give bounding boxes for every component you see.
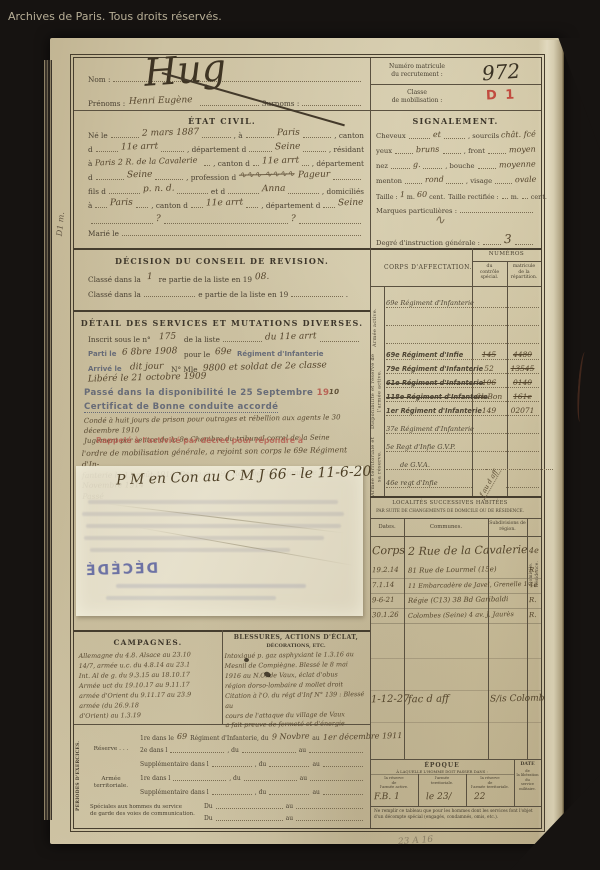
speciales-line1: Du au <box>204 804 366 811</box>
dates-col-label: Dates. <box>370 524 404 531</box>
corps-row: 46e regt d'Infie f au d aff <box>386 472 539 488</box>
corps-num2: 0140 <box>506 378 539 388</box>
corps-row: 1er Régiment d'Infanterie 14902071 <box>386 402 539 416</box>
disponibilite-stamp: Passé dans la disponibilité le 25 Septem… <box>84 388 340 398</box>
localites-date: 7.1.14 <box>372 581 394 589</box>
corps-num2 <box>506 487 539 488</box>
matricule-value: 972 <box>481 59 521 86</box>
classe2-label2: e partie de la liste en 19 <box>198 291 288 299</box>
leader <box>299 221 361 224</box>
leader <box>204 163 210 166</box>
r2-label: 2e dans l <box>140 748 167 755</box>
leader <box>391 166 410 169</box>
leader <box>191 205 203 208</box>
ghost-text-line <box>106 596 276 600</box>
inscrit-num: 175 <box>159 333 176 343</box>
leader <box>296 818 363 821</box>
rect-m-label: m. <box>511 194 519 201</box>
leader <box>405 181 421 184</box>
row-rule <box>370 578 541 579</box>
corps-num1: 106 <box>472 378 506 388</box>
row-rule <box>370 690 541 691</box>
reserve-label: Réserve . . . <box>90 746 132 753</box>
degre-value: 3 <box>504 233 512 246</box>
nom-label: Nom : <box>88 76 110 84</box>
prof-struck-illegible: ​∿∿∿ ∿∿∿∿ <box>239 170 295 181</box>
reserve-line2: 2e dans l , du au <box>140 748 366 755</box>
bouche-value: moyenne <box>499 161 536 171</box>
leader <box>96 149 119 152</box>
etat-civil-line: d Seine , profession d ​∿∿∿ ∿∿∿∿ Pageur <box>88 172 364 182</box>
pm-handwritten-note: P M en Con au C M J 66 - le 11-6-20 <box>116 464 372 489</box>
inscrit-row: Inscrit sous le n° 175 de la liste du 11… <box>88 334 362 344</box>
leader <box>309 750 363 753</box>
localites-commune: 81 Rue de Lourmel (15e) <box>408 565 497 575</box>
communes-col-label: Communes. <box>404 524 488 531</box>
du-label: , du <box>255 762 267 769</box>
a-value: Paris <box>277 129 300 139</box>
leader <box>446 181 462 184</box>
et-label: et d <box>211 188 225 196</box>
arrive-stamp-label: Arrivé le <box>88 366 122 374</box>
localites-mark: 4e <box>529 546 539 555</box>
a2-value: Paris 2 R. de la Cavalerie <box>95 157 198 168</box>
disponibilite-stamp-text: Passé dans la disponibilité le 25 Septem… <box>84 388 317 398</box>
dept3-value: Seine <box>338 199 364 210</box>
parti-row: Parti le 6 8bre 1908 pour le 69e Régimen… <box>88 349 362 359</box>
marie-row: Marié le <box>88 230 364 238</box>
leader <box>212 792 252 795</box>
paper-crease <box>138 527 355 566</box>
periodes-side-label: PÉRIODES D'EXERCICES. <box>76 730 86 822</box>
divider <box>74 248 541 250</box>
leader <box>177 191 208 194</box>
etat-civil-line: à Paris 2 R. de la Cavalerie , canton d … <box>88 158 364 168</box>
subdivisions-col-label: Subdivisions de région. <box>488 521 527 532</box>
leader <box>443 151 461 154</box>
decision-line2: Classé dans la e partie de la liste en 1… <box>88 291 348 299</box>
localites-commune: fac d aff <box>408 694 449 706</box>
corps-num2 <box>520 469 553 470</box>
nez-value: g. <box>413 161 421 170</box>
yeux-label: yeux <box>376 148 392 155</box>
divider <box>74 310 370 312</box>
sourcils-value: chât. fcé <box>501 131 536 141</box>
sourcils-label: , sourcils <box>468 133 499 140</box>
t2-label: Supplémentaire dans l <box>140 790 209 797</box>
leader <box>216 818 283 821</box>
decision-title: DÉCISION DU CONSEIL DE REVISION. <box>74 256 370 266</box>
localites-commune: Colombes (Seine) 4 av. J. Jaurès <box>408 610 514 620</box>
corps-title: CORPS D'AFFECTATION. <box>384 264 472 272</box>
d-label: d <box>88 146 93 154</box>
classe1-label: Classé dans la <box>88 276 141 284</box>
pour-value: 69e <box>215 348 232 358</box>
leader <box>96 177 124 180</box>
document-frame: Nom : Hug Prénoms : Henri Eugène Surnoms… <box>73 57 542 829</box>
rappel-stamp: Rappelé à l'activité par décret pour rép… <box>96 436 303 445</box>
dept-value: Seine <box>275 143 301 154</box>
corps-regiment: 61e Régiment d'Infanterie <box>386 379 472 388</box>
resident-label: , résidant <box>329 146 364 154</box>
etat-civil-line: d 11e arrt , département d Seine , résid… <box>88 144 364 154</box>
divider <box>370 286 541 287</box>
leader <box>269 792 309 795</box>
divider <box>472 261 541 262</box>
epoque-v2: le 23/ <box>426 792 452 802</box>
corps-regiment: 37e Régiment d'Infanterie <box>386 425 472 434</box>
r1-label2: Régiment d'Infanterie <box>190 736 257 743</box>
canton3-label: , canton d <box>151 202 188 210</box>
prenoms-row: Prénoms : Henri Eugène Surnoms : <box>88 98 364 108</box>
ne-label: Né le <box>88 132 108 140</box>
du-label: , du <box>227 748 239 755</box>
corps-regiment: 1er Régiment d'Infanterie <box>386 407 472 416</box>
pencil-note: 23 A 16 <box>398 835 434 847</box>
corps-regiment: 69e Régiment d'Infie <box>386 351 472 360</box>
divider <box>74 110 541 111</box>
services-title: DÉTAIL DES SERVICES ET MUTATIONS DIVERSE… <box>74 318 370 328</box>
m-label: m. <box>407 194 415 201</box>
leader <box>333 177 361 180</box>
leader <box>109 191 140 194</box>
fils-label: fils d <box>88 188 106 196</box>
ink-blot <box>244 658 249 662</box>
a3-label: à <box>88 202 92 210</box>
prof-label: , profession d <box>186 174 236 182</box>
divider <box>370 496 541 498</box>
disponibilite-label: Disponibilité et réserve de l'armée acti… <box>370 348 383 434</box>
etat-civil-line: Né le 2 mars 1887 , à Paris , canton <box>88 130 364 140</box>
etat-civil-line: à Paris , canton d 11e arrt , départemen… <box>88 200 364 210</box>
stamp-year-hw: 10 <box>329 388 340 396</box>
leader <box>136 205 148 208</box>
leader <box>228 191 259 194</box>
corps-row: de G.V.A. <box>386 454 553 470</box>
r1-regt: 69 <box>177 733 187 742</box>
corps-row <box>386 326 539 344</box>
matricule-col-label: matricule de la répartition. <box>507 264 541 281</box>
leader <box>122 233 361 236</box>
et-value: Anna <box>262 185 286 196</box>
canton2-label: , canton d <box>213 160 250 168</box>
campagnes-text: Allemagne du 4.8. Alsace au 23.10 14/7, … <box>79 650 221 721</box>
corps-row: 118e Régiment d'Infanterie 6e Bon161e <box>386 388 539 402</box>
corps-row: 79e Régiment d'Infanterie 5213545 <box>386 360 539 374</box>
page-stack-edge <box>44 60 52 820</box>
inscrit-label: Inscrit sous le n° <box>88 336 151 344</box>
localites-mark: 4e <box>529 581 538 589</box>
etat-civil-line: ? ? <box>88 216 364 226</box>
signalement-line: Cheveux et , sourcils chât. fcé <box>376 132 536 141</box>
leader <box>323 764 363 767</box>
arrive-row: Arrivé le dit jour N° Mle 9800 et soldat… <box>88 364 362 374</box>
bouche-label: , bouche <box>445 163 474 170</box>
territoriale-line1: 1re dans l , du au <box>140 776 366 783</box>
matricule-label: Numéro matricule du recrutement : <box>374 63 460 78</box>
cheveux-label: Cheveux <box>376 133 406 140</box>
decede-mirrored-stamp: DÉCÉDÉ <box>84 561 159 580</box>
leader <box>200 103 259 106</box>
marques-row: Marques particulières : <box>376 208 536 215</box>
au-label: au <box>312 790 319 797</box>
cheveux-value: et <box>433 131 441 140</box>
paper-crease <box>107 503 345 533</box>
pour-label: pour le <box>184 351 210 359</box>
territoriale-label: Armée territoriale. <box>90 776 132 790</box>
leader <box>170 750 224 753</box>
numeros-label: NUMÉROS <box>472 251 541 258</box>
territoriale-label: Armée territoriale et sa réserve. <box>370 436 383 496</box>
leader <box>161 149 184 152</box>
taille-cm-value: 60 <box>417 191 427 200</box>
leader <box>202 135 230 138</box>
leader <box>246 135 274 138</box>
leader <box>310 778 363 781</box>
au-label: au <box>312 736 319 743</box>
du-label: , du <box>255 790 267 797</box>
signalement-line: menton rond , visage ovale <box>376 177 536 186</box>
certificat-stamp: Certificat de Bonne conduite accordé <box>84 402 278 413</box>
front-value: moyen <box>509 146 536 155</box>
d-value: 11e arrt <box>121 143 158 154</box>
territoriale-line2: Supplémentaire dans l , du au <box>140 790 366 797</box>
leader <box>244 778 297 781</box>
d2-value: Seine <box>126 171 152 182</box>
divider <box>370 536 541 537</box>
ghost-text-line <box>116 584 306 588</box>
row-rule <box>370 608 541 609</box>
taille-rect-label: Taille rectifiée : <box>448 194 499 201</box>
localites-title2: PAR SUITE DE CHANGEMENTS DE DOMICILE OU … <box>370 508 530 513</box>
leader <box>144 294 195 297</box>
prenoms-label: Prénoms : <box>88 100 125 108</box>
leader <box>323 792 363 795</box>
corps-num1: 52 <box>472 364 506 374</box>
a3-value: Paris <box>110 199 133 209</box>
classe2-label: Classé dans la <box>88 291 141 299</box>
du-label: , du <box>257 736 269 743</box>
leader <box>522 196 528 199</box>
row-rule <box>370 593 541 594</box>
leader <box>460 210 533 213</box>
du-label: Du <box>204 804 213 811</box>
corps-regiment <box>386 343 472 344</box>
leader <box>249 149 272 152</box>
du-label: Du <box>204 816 213 823</box>
arrive-detail: 9800 et soldat de 2e classe <box>202 361 326 374</box>
decision-line1: Classé dans la 1 re partie de la liste e… <box>88 274 348 284</box>
leader <box>173 778 226 781</box>
dom-label: , domiciliés <box>322 188 364 196</box>
localites-mark: S/is Colomb <box>490 694 545 705</box>
localites-commune: Régie (C13) 38 Bd Garibaldi <box>408 595 509 605</box>
leader <box>483 242 501 245</box>
taille-m-value: 1 <box>400 191 405 200</box>
localites-date: 30.1.26 <box>372 611 399 619</box>
divider <box>384 286 385 496</box>
menton-label: menton <box>376 178 402 185</box>
leader <box>296 806 363 809</box>
localites-title1: LOCALITÉS SUCCESSIVES HABITÉES <box>370 500 530 507</box>
classe-label: Classe de mobilisation : <box>374 89 460 104</box>
epoque-col2: l'armée territoriale. <box>418 776 466 785</box>
corps-num2: 13545 <box>506 364 539 374</box>
speciales-label: Spéciales aux hommes du service de garde… <box>90 804 198 818</box>
marques-squiggle: ∿ <box>434 213 445 228</box>
a-label: , à <box>234 132 243 140</box>
corps-num1: 149 <box>472 406 506 416</box>
epoque-footnote: Ne remplir ce tableau que pour les homme… <box>374 809 536 822</box>
libere-note: Libéré le 21 octobre 1909 <box>88 371 207 384</box>
margin-pen-scribble <box>576 352 590 422</box>
marie-label: Marié le <box>88 230 119 238</box>
corps-regiment: 46e regt d'Infie <box>386 479 472 488</box>
row-rule <box>370 658 541 659</box>
dept-label: , département d <box>187 146 246 154</box>
taille-row: Taille : 1 m. 60 cent. Taille rectifiée … <box>376 192 536 201</box>
leader <box>216 806 283 809</box>
divider <box>370 759 541 760</box>
au-label: au <box>300 776 307 783</box>
visage-value: ovale <box>514 176 536 185</box>
localites-mark: R. <box>529 566 537 574</box>
leader <box>320 339 359 342</box>
leader <box>246 205 258 208</box>
canton2-value: 11e arrt <box>262 157 299 168</box>
leader <box>488 151 506 154</box>
leader <box>302 163 308 166</box>
au-label: au <box>286 804 293 811</box>
a2-label: à <box>88 160 92 168</box>
leader <box>291 294 342 297</box>
localites-date: Corps <box>372 544 405 558</box>
leader <box>444 136 465 139</box>
leader <box>288 191 319 194</box>
leader <box>515 242 533 245</box>
signalement-line: yeux bruns , front moyen <box>376 147 536 156</box>
period: . <box>346 291 348 299</box>
row-rule <box>370 623 541 624</box>
leader <box>95 205 107 208</box>
corps-regiment: 118e Régiment d'Infanterie <box>386 393 472 402</box>
corps-row: 69e Régiment d'Infanterie <box>386 290 539 308</box>
leader <box>495 181 511 184</box>
r1-au: 1er décembre 1911 <box>323 732 403 743</box>
d2-label: d <box>88 174 93 182</box>
classe1-year: 08. <box>255 273 270 283</box>
localites-commune: 2 Rue de la Cavalerie <box>408 543 528 558</box>
divider <box>370 84 541 85</box>
localites-date: 19.2.14 <box>372 566 399 574</box>
leader <box>303 135 331 138</box>
dept2-label: , département <box>312 160 364 168</box>
degre-row: Degré d'instruction générale : 3 <box>376 234 536 247</box>
r1-du: 9 Novbre <box>271 733 309 743</box>
etat-civil-title: ÉTAT CIVIL. <box>74 116 370 126</box>
corps-regiment: 69e Régiment d'Infanterie <box>386 299 472 308</box>
signalement-line: nez g. , bouche moyenne <box>376 162 536 171</box>
leader <box>155 177 183 180</box>
signalement-title: SIGNALEMENT. <box>370 116 541 126</box>
corps-num1 <box>472 433 506 434</box>
question-mark: ? <box>156 215 161 225</box>
epoque-v1: F.B. 1 <box>374 792 400 802</box>
fils-value: p. n. d. <box>142 185 174 196</box>
leader <box>223 339 262 342</box>
leader <box>269 764 309 767</box>
leader <box>478 166 497 169</box>
leader <box>303 149 326 152</box>
campagnes-title: CAMPAGNES. <box>74 638 222 647</box>
leader <box>91 221 153 224</box>
reserve-line3: Supplémentaire dans l , du au <box>140 762 366 769</box>
canton-label: , canton <box>334 132 364 140</box>
liste-value: du 11e arrt <box>265 332 317 343</box>
front-label: , front <box>464 148 485 155</box>
r3-label: Supplémentaire dans l <box>140 762 209 769</box>
corps-num2 <box>506 433 539 434</box>
rect-cm-label: cent. <box>531 194 547 201</box>
leader <box>409 136 430 139</box>
leader <box>212 764 252 767</box>
corps-regiment: de G.V.A. <box>386 461 486 470</box>
leader <box>395 151 413 154</box>
visage-label: , visage <box>466 178 492 185</box>
localites-commune: 11 Embarcadère de Javel, Grenelle 1 <box>408 580 528 590</box>
t1-label: 1re dans l <box>140 776 170 783</box>
localites-date: 9-6-21 <box>372 596 395 604</box>
corps-num1 <box>472 343 506 344</box>
corps-row: 37e Régiment d'Infanterie <box>386 418 539 434</box>
ghost-text-line <box>82 512 344 516</box>
etat-civil-line: fils d p. n. d. et d Anna , domiciliés <box>88 186 364 196</box>
localites-mark: R. <box>529 596 537 604</box>
divider <box>370 518 541 519</box>
yeux-value: bruns <box>416 146 440 155</box>
corps-num2 <box>506 343 539 344</box>
cm-label: cent. <box>429 194 445 201</box>
parti-stamp-label: Parti le <box>88 351 116 359</box>
ghost-text-line <box>88 500 338 504</box>
degre-label: Degré d'instruction générale : <box>376 240 480 247</box>
canton3-value: 11e arrt <box>206 199 243 210</box>
divider <box>370 806 541 807</box>
parti-date: 6 8bre 1908 <box>122 347 178 358</box>
corps-regiment: 5e Regt d'Infie G.V.P. <box>386 443 472 452</box>
localites-mark: R. <box>529 611 537 619</box>
au-label: au <box>312 762 319 769</box>
taille-label: Taille : <box>376 194 398 201</box>
corps-num2: 02071 <box>506 406 539 416</box>
row-rule <box>370 722 541 723</box>
classe-value-stamp: D 1 <box>486 87 517 103</box>
question-mark: ? <box>291 215 296 225</box>
nez-label: nez <box>376 163 388 170</box>
reserve-line1: 1re dans le 69 Régiment d'Infanterie , d… <box>140 734 366 743</box>
leader <box>111 135 139 138</box>
au-label: au <box>286 816 293 823</box>
epoque-v3: 22 <box>474 792 486 802</box>
corps-num1 <box>472 451 506 452</box>
blessures-title2: DÉCORATIONS, ETC. <box>222 643 370 649</box>
corps-num1: 145 <box>472 350 506 360</box>
stamp-year-printed: 19 <box>317 388 330 398</box>
classe1-part: 1 <box>147 273 153 283</box>
corps-row: 5e Regt d'Infie G.V.P. <box>386 436 539 452</box>
leader <box>423 166 442 169</box>
epoque-col1: la réserve de l'armée active. <box>370 776 418 790</box>
